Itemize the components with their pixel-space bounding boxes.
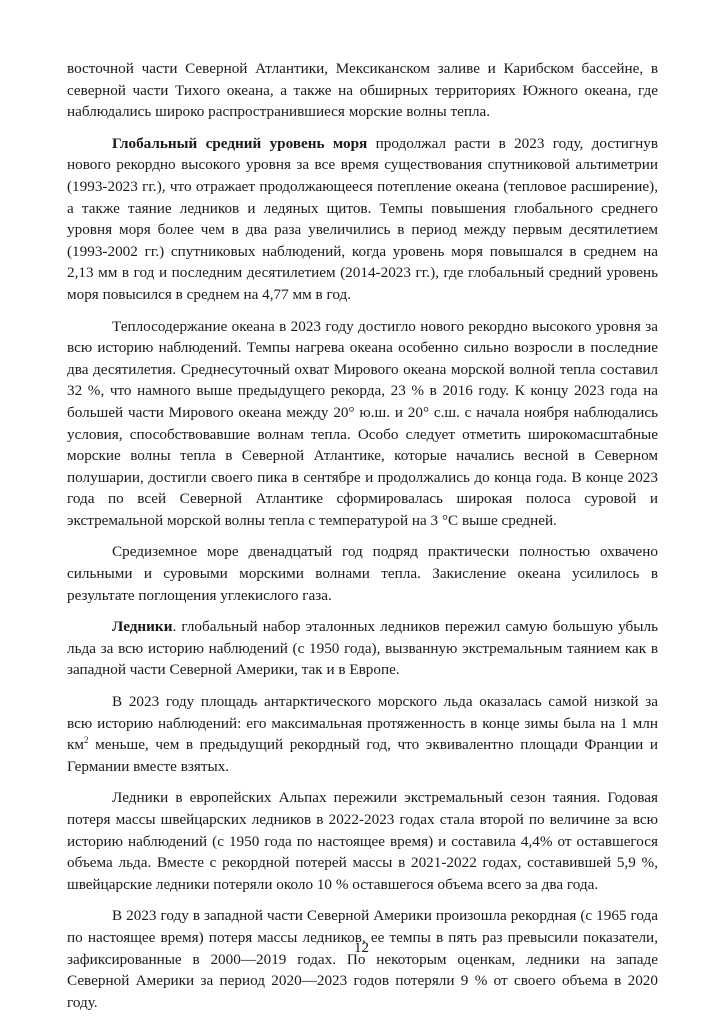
paragraph-text: меньше, чем в предыдущий рекордный год, … — [67, 736, 658, 775]
paragraph-mediterranean: Средиземное море двенадцатый год подряд … — [67, 541, 658, 606]
paragraph-text: Средиземное море двенадцатый год подряд … — [67, 543, 658, 603]
paragraph-alps: Ледники в европейских Альпах пережили эк… — [67, 787, 658, 895]
paragraph-antarctic-ice: В 2023 году площадь антарктического морс… — [67, 691, 658, 777]
paragraph-text: Ледники в европейских Альпах пережили эк… — [67, 789, 658, 892]
paragraph-north-america: В 2023 году в западной части Северной Ам… — [67, 905, 658, 1013]
page-body: восточной части Северной Атлантики, Мекс… — [67, 58, 658, 1023]
paragraph-ocean-heat: Теплосодержание океана в 2023 году дости… — [67, 316, 658, 532]
paragraph-text: В 2023 году в западной части Северной Ам… — [67, 907, 658, 1010]
paragraph-atlantic-heatwaves: восточной части Северной Атлантики, Мекс… — [67, 58, 658, 123]
paragraph-glaciers: Ледники. глобальный набор эталонных ледн… — [67, 616, 658, 681]
paragraph-sea-level: Глобальный средний уровень моря продолжа… — [67, 133, 658, 306]
paragraph-text: восточной части Северной Атлантики, Мекс… — [67, 60, 658, 120]
document-page: восточной части Северной Атлантики, Мекс… — [0, 0, 723, 1024]
paragraph-heading-glaciers: Ледники — [112, 618, 172, 635]
page-number: 12 — [0, 940, 723, 957]
paragraph-text: Теплосодержание океана в 2023 году дости… — [67, 318, 658, 529]
paragraph-heading-sea-level: Глобальный средний уровень моря — [112, 135, 367, 152]
paragraph-text: продолжал расти в 2023 году, достигнув н… — [67, 135, 658, 303]
